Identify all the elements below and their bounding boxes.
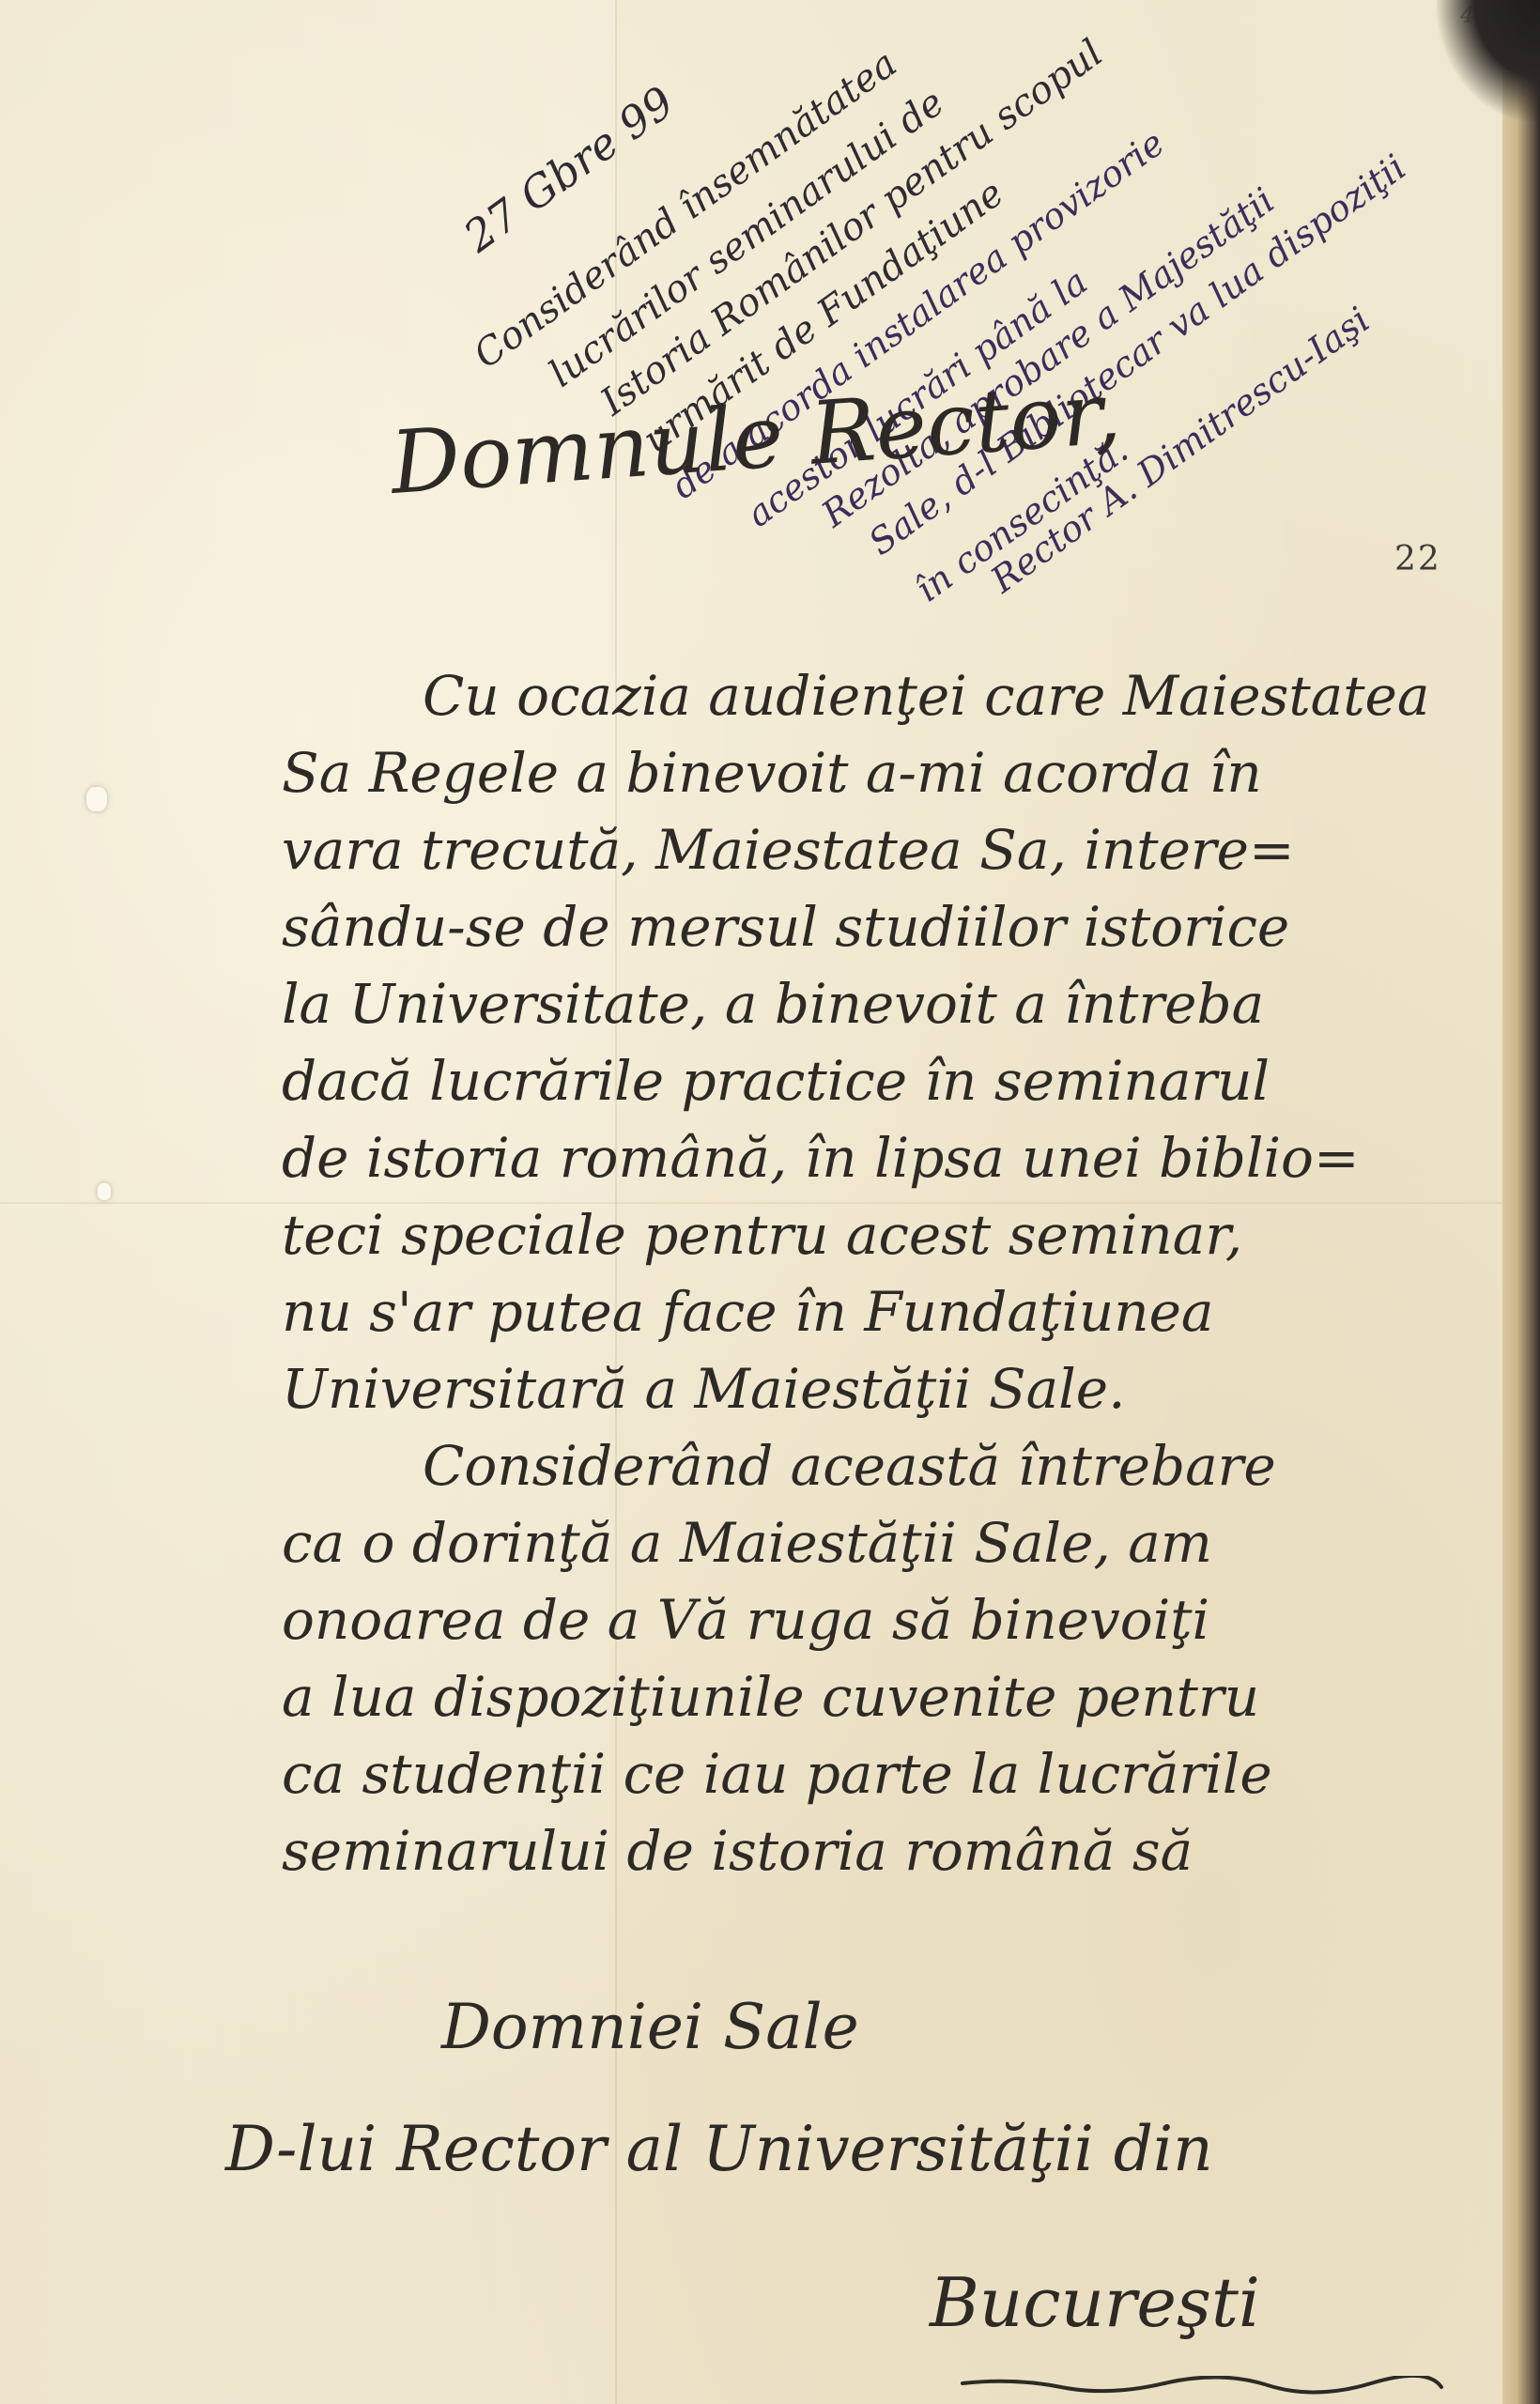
paper-hole-bottom bbox=[98, 1183, 111, 1200]
body-line: seminarului de istoria română să bbox=[282, 1812, 1502, 1889]
body-line: sându-se de mersul studiilor istorice bbox=[282, 888, 1502, 965]
address-city: Bucureşti bbox=[930, 2263, 1260, 2342]
body-line: vara trecută, Maiestatea Sa, intere= bbox=[282, 811, 1502, 888]
body-line: ca studenţii ce iau parte la lucrările bbox=[282, 1735, 1502, 1812]
address-line-1: Domniei Sale bbox=[441, 1991, 859, 2063]
body-line: Universitară a Maiestăţii Sale. bbox=[282, 1350, 1502, 1427]
body-line: la Universitate, a binevoit a întreba bbox=[282, 965, 1502, 1042]
city-underline-flourish bbox=[958, 2376, 1446, 2395]
marginal-annotation: 27 Gbre 99 Considerând însemnătatea lucr… bbox=[441, 28, 1540, 629]
body-line: de istoria română, în lipsa unei biblio= bbox=[282, 1119, 1502, 1196]
body-line: Sa Regele a binevoit a-mi acorda în bbox=[282, 734, 1502, 811]
body-line: Considerând această întrebare bbox=[282, 1427, 1502, 1504]
address-line-2: D-lui Rector al Universităţii din bbox=[225, 2113, 1213, 2185]
corner-shadow bbox=[1437, 0, 1540, 122]
document-page: 40 22 27 Gbre 99 Considerând însemnătate… bbox=[0, 0, 1514, 2404]
body-line: ca o dorinţă a Maiestăţii Sale, am bbox=[282, 1504, 1502, 1581]
letter-body: Cu ocazia audienţei care Maiestatea Sa R… bbox=[282, 657, 1502, 1889]
book-binding-edge bbox=[1502, 0, 1540, 2404]
body-line: Cu ocazia audienţei care Maiestatea bbox=[282, 657, 1502, 734]
body-line: dacă lucrările practice în seminarul bbox=[282, 1042, 1502, 1119]
body-line: teci speciale pentru acest seminar, bbox=[282, 1196, 1502, 1273]
body-line: onoarea de a Vă ruga să binevoiţi bbox=[282, 1581, 1502, 1658]
paper-hole-top bbox=[86, 787, 107, 811]
body-line: a lua dispoziţiunile cuvenite pentru bbox=[282, 1658, 1502, 1735]
body-line: nu s'ar putea face în Fundaţiunea bbox=[282, 1273, 1502, 1350]
